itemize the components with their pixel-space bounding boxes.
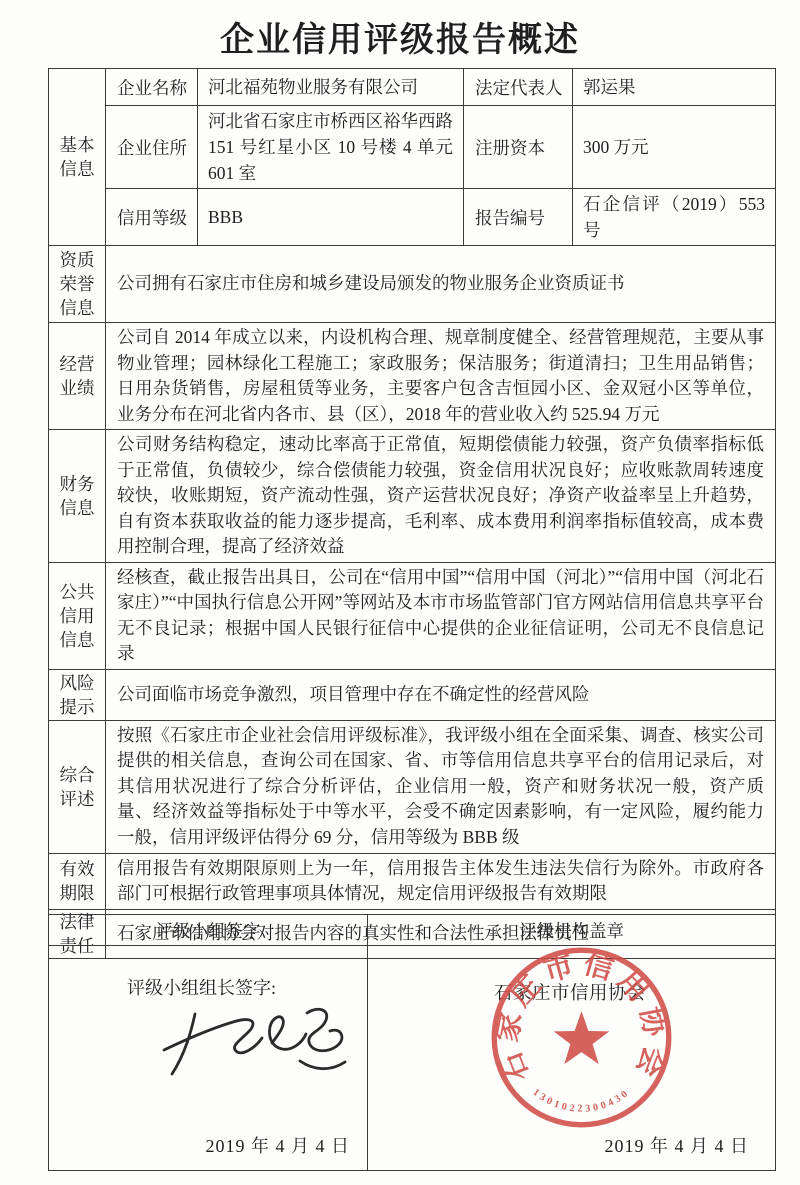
field-value-legal-representative: 郭运果 bbox=[573, 69, 776, 106]
team-leader-signature-label: 评级小组组长签字: bbox=[127, 974, 276, 1000]
section-header-business-performance: 经营业绩 bbox=[49, 323, 106, 430]
field-value-registered-capital: 300 万元 bbox=[573, 106, 776, 189]
rating-team-signature-cell: 评级小组组长签字: 2019 年 4 月 4 日 bbox=[49, 946, 368, 1171]
field-value-company-name: 河北福苑物业服务有限公司 bbox=[198, 69, 464, 106]
field-label-company-name: 企业名称 bbox=[106, 69, 198, 106]
table-row: 综合评述 按照《石家庄市企业社会信用评级标准》，我评级小组在全面采集、调查、核实… bbox=[49, 720, 776, 853]
table-row: 评级小组组长签字: 2019 年 4 月 4 日 石家庄市信用协会 bbox=[49, 946, 776, 1171]
table-row: 信用等级 BBB 报告编号 石企信评（2019）553 号 bbox=[49, 189, 776, 246]
rating-agency-seal-header: 评级机构盖章 bbox=[368, 915, 776, 946]
table-row: 企业住所 河北省石家庄市桥西区裕华西路 151 号红星小区 10 号楼 4 单元… bbox=[49, 106, 776, 189]
section-text-validity-period: 信用报告有效期限原则上为一年，信用报告主体发生违法失信行为除外。市政府各部门可根… bbox=[106, 853, 776, 909]
field-label-legal-representative: 法定代表人 bbox=[464, 69, 573, 106]
section-text-financial-info: 公司财务结构稳定，速动比率高于正常值，短期偿债能力较强，资产负债率指标低于正常值… bbox=[106, 430, 776, 563]
table-row: 资质荣誉信息 公司拥有石家庄市住房和城乡建设局颁发的物业服务企业资质证书 bbox=[49, 246, 776, 323]
section-text-qualifications: 公司拥有石家庄市住房和城乡建设局颁发的物业服务企业资质证书 bbox=[106, 246, 776, 323]
page-title: 企业信用评级报告概述 bbox=[0, 12, 800, 61]
section-header-financial-info: 财务信息 bbox=[49, 430, 106, 563]
field-label-credit-grade: 信用等级 bbox=[106, 189, 198, 246]
agency-seal-date: 2019 年 4 月 4 日 bbox=[605, 1132, 750, 1158]
handwritten-signature bbox=[159, 998, 359, 1090]
seal-number-text: 1301022300430 bbox=[531, 1087, 633, 1115]
team-signature-date: 2019 年 4 月 4 日 bbox=[206, 1132, 351, 1158]
section-text-comprehensive-review: 按照《石家庄市企业社会信用评级标准》，我评级小组在全面采集、调查、核实公司提供的… bbox=[106, 720, 776, 853]
field-value-credit-grade: BBB bbox=[198, 189, 464, 246]
table-row: 财务信息 公司财务结构稳定，速动比率高于正常值，短期偿债能力较强，资产负债率指标… bbox=[49, 430, 776, 563]
official-red-seal: 石家庄市信用协会 1301022300430 bbox=[484, 946, 679, 1136]
section-header-validity-period: 有效期限 bbox=[49, 853, 106, 909]
section-text-public-credit-info: 经核查，截止报告出具日，公司在“信用中国”“信用中国（河北）”“信用中国（河北石… bbox=[106, 562, 776, 669]
field-value-company-address: 河北省石家庄市桥西区裕华西路 151 号红星小区 10 号楼 4 单元 601 … bbox=[198, 106, 464, 189]
section-header-comprehensive-review: 综合评述 bbox=[49, 720, 106, 853]
table-row: 基本信息 企业名称 河北福苑物业服务有限公司 法定代表人 郭运果 bbox=[49, 69, 776, 106]
section-header-qualifications: 资质荣誉信息 bbox=[49, 246, 106, 323]
signature-table: 评级小组签字 评级机构盖章 评级小组组长签字: 2019 年 4 月 4 日 石… bbox=[48, 914, 776, 1171]
rating-team-signature-header: 评级小组签字 bbox=[49, 915, 368, 946]
scanned-report-page: 企业信用评级报告概述 基本信息 企业名称 河北福苑物业服务有限公司 法定代表人 … bbox=[0, 0, 800, 1185]
table-row: 风险提示 公司面临市场竞争激烈，项目管理中存在不确定性的经营风险 bbox=[49, 669, 776, 720]
field-value-report-number: 石企信评（2019）553 号 bbox=[573, 189, 776, 246]
table-row: 经营业绩 公司自 2014 年成立以来，内设机构合理、规章制度健全、经营管理规范… bbox=[49, 323, 776, 430]
table-row: 公共信用信息 经核查，截止报告出具日，公司在“信用中国”“信用中国（河北）”“信… bbox=[49, 562, 776, 669]
section-header-basic-info: 基本信息 bbox=[49, 69, 106, 246]
section-text-risk-notice: 公司面临市场竞争激烈，项目管理中存在不确定性的经营风险 bbox=[106, 669, 776, 720]
rating-agency-seal-cell: 石家庄市信用协会 石家庄市信用协会 1301022300430 bbox=[368, 946, 776, 1171]
field-label-registered-capital: 注册资本 bbox=[464, 106, 573, 189]
field-label-report-number: 报告编号 bbox=[464, 189, 573, 246]
section-header-public-credit-info: 公共信用信息 bbox=[49, 562, 106, 669]
seal-star-icon bbox=[554, 1011, 610, 1064]
table-row: 评级小组签字 评级机构盖章 bbox=[49, 915, 776, 946]
field-label-company-address: 企业住所 bbox=[106, 106, 198, 189]
table-row: 有效期限 信用报告有效期限原则上为一年，信用报告主体发生违法失信行为除外。市政府… bbox=[49, 853, 776, 909]
report-table: 基本信息 企业名称 河北福苑物业服务有限公司 法定代表人 郭运果 企业住所 河北… bbox=[48, 68, 776, 959]
section-text-business-performance: 公司自 2014 年成立以来，内设机构合理、规章制度健全、经营管理规范，主要从事… bbox=[106, 323, 776, 430]
section-header-risk-notice: 风险提示 bbox=[49, 669, 106, 720]
